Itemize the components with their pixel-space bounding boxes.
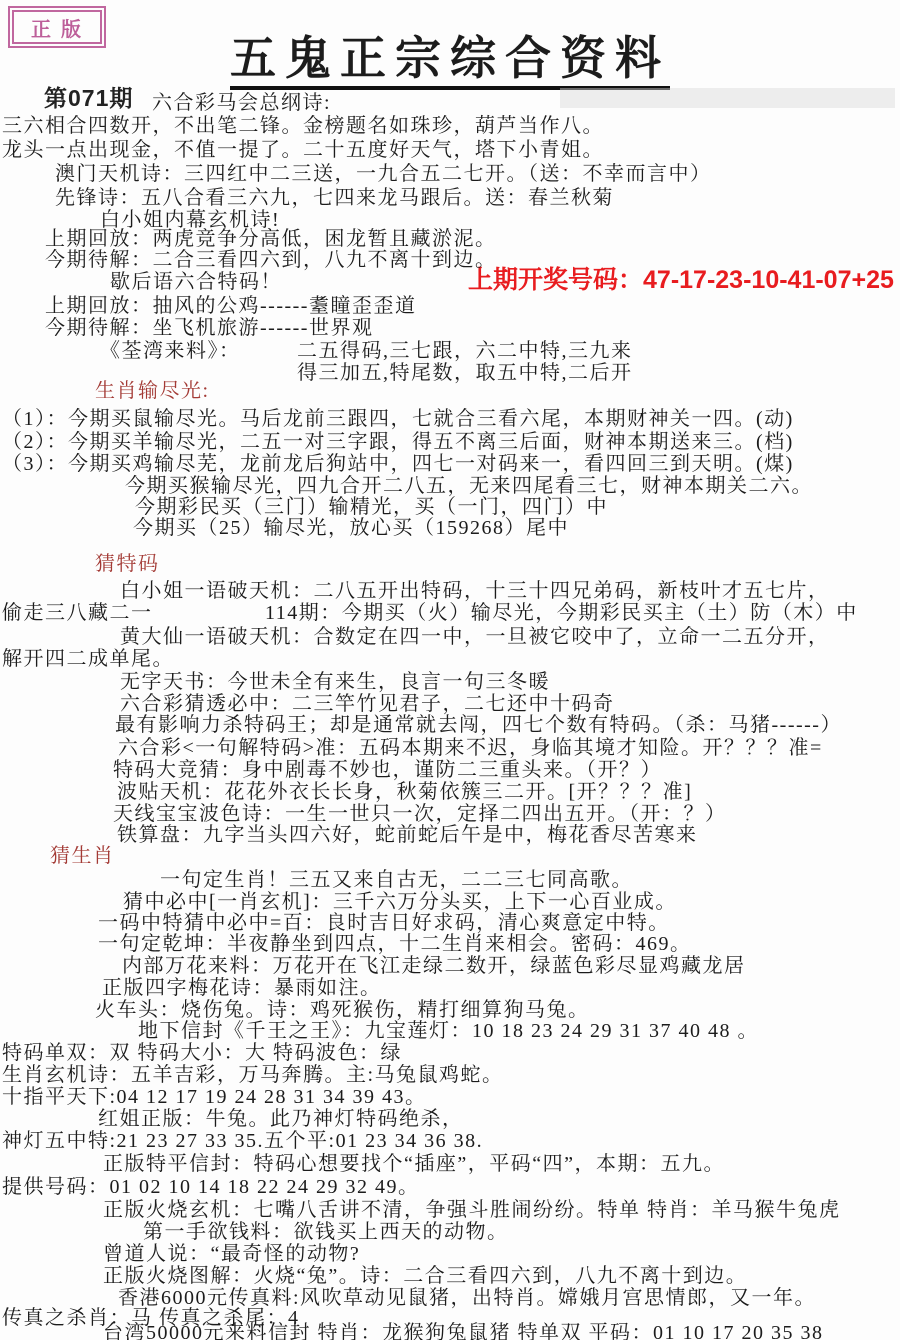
section-header: 猜生肖 — [50, 845, 115, 868]
text-line: 台湾50000元来料信封 特肖：龙猴狗兔鼠猪 特单双 平码：01 10 17 2… — [103, 1322, 824, 1340]
text-line: 曾道人说：“最奇怪的动物? — [103, 1243, 360, 1266]
text-line: 114期：今期买（火）输尽光，今期彩民买主（土）防（木）中 — [265, 602, 858, 625]
page-title: 五鬼正宗综合资料 — [0, 22, 900, 88]
lottery-info-sheet: 正版 五鬼正宗综合资料 第071期 上期开奖号码：47-17-23-10-41-… — [0, 0, 900, 1340]
issue-number: 第071期 — [44, 80, 133, 113]
text-line: 今期待解：二合三看四六到，八九不离十到边。 — [45, 249, 497, 272]
text-line: 正版四字梅花诗：暴雨如注。 — [102, 977, 382, 1000]
text-line: 神灯五中特:21 23 27 33 35.五个平:01 23 34 36 38. — [2, 1130, 483, 1153]
text-line: 《荃湾来料》： — [100, 340, 241, 363]
page-title-text: 五鬼正宗综合资料 — [230, 33, 670, 90]
text-line: 黄大仙一语破天机：合数定在四一中，一旦被它咬中了，立命一二五分开， — [120, 626, 830, 649]
text-line: 地下信封《千王之王》：九宝莲灯：10 18 23 24 29 31 37 40 … — [138, 1020, 759, 1043]
text-line: 六合彩猜透必中：二三竿竹见君子，二七还中十码奇 — [120, 693, 615, 716]
text-line: 歇后语六合特码！ — [110, 271, 282, 294]
text-line: （3）：今期买鸡输尽芜，龙前龙后狗站中，四七一对码来一，看四回三到天明。(煤) — [2, 453, 794, 476]
text-line: 特码单双：双 特码大小：大 特码波色：绿 — [2, 1042, 402, 1065]
text-line: 龙头一点出现金，不值一提了。二十五度好天气，塔下小青姐。 — [2, 139, 604, 162]
text-line: 一码中特猜中必中=百：良时吉日好求码，清心爽意定中特。 — [98, 912, 670, 935]
previous-draw-numbers: 47-17-23-10-41-07+25 — [643, 266, 894, 294]
text-line: 正版火烧图解：火烧“兔”。诗：二合三看四六到，八九不离十到边。 — [103, 1265, 747, 1288]
previous-draw-result: 上期开奖号码：47-17-23-10-41-07+25 — [468, 260, 894, 296]
text-line: 澳门天机诗：三四红中二三送，一九合五二七开。（送：不幸而言中） — [55, 163, 712, 186]
text-line: 二五得码,三七跟，六二中特,三九来 — [297, 340, 633, 363]
text-line: 一句定生肖！三五又来自古无，二二三七同高歌。 — [160, 869, 633, 892]
text-line: 天线宝宝波色诗：一生一世只一次，定择二四出五开。（开：？） — [113, 803, 727, 826]
text-line: （1）：今期买鼠输尽光。马后龙前三跟四，七就合三看六尾，本期财神关一四。(动) — [2, 408, 794, 431]
text-line: 先锋诗：五八合看三六九，七四来龙马跟后。送：春兰秋菊 — [55, 187, 614, 210]
text-line: 白小姐一语破天机：二八五开出特码，十三十四兄弟码，新枝叶才五七片， — [120, 580, 830, 603]
text-line: 第一手欲钱料：欲钱买上西天的动物。 — [143, 1221, 509, 1244]
text-line: 最有影响力杀特码王；却是通常就去闯，四七个数有特码。（杀：马猪------） — [115, 714, 842, 737]
scan-smudge — [560, 88, 895, 108]
text-line: 今期彩民买（三门）输精光，买（一门，四门）中 — [135, 496, 608, 519]
text-line: 今期买（25）输尽光，放心买（159268）尾中 — [133, 517, 569, 540]
text-line: 正版特平信封：特码心想要找个“插座”，平码“四”，本期：五九。 — [103, 1153, 725, 1176]
text-line: （2）：今期买羊输尽光，二五一对三字跟，得五不离三后面，财神本期送来三。(档) — [2, 431, 794, 454]
text-line: 无字天书：今世未全有来生，良言一句三冬暖 — [120, 671, 550, 694]
text-line: 偷走三八藏二一 — [2, 602, 153, 625]
text-line: 上期回放：两虎竞争分高低，困龙暂且藏淤泥。 — [45, 228, 497, 251]
text-line: 上期回放：抽风的公鸡------耋瞳歪歪道 — [45, 295, 416, 318]
text-line: 内部万花来料：万花开在飞江走绿二数开，绿蓝色彩尽显鸡藏龙居 — [122, 955, 746, 978]
text-line: 今期买猴输尽光，四九合开二八五，无来四尾看三七，财神本期关二六。 — [125, 475, 813, 498]
text-line: 今期待解：坐飞机旅游------世界观 — [45, 317, 373, 340]
text-line: 一句定乾坤：半夜静坐到四点，十二生肖来相会。密码：469。 — [98, 933, 692, 956]
text-line: 得三加五,特尾数，取五中特,二后开 — [297, 362, 633, 385]
text-line: 火车头：烧伤兔。诗：鸡死猴伤，精打细算狗马兔。 — [95, 999, 590, 1022]
section-header: 猜特码 — [95, 553, 160, 576]
text-line: 特码大竞猜：身中剧毒不妙也，谨防二三重头来。（开？） — [113, 759, 662, 782]
text-line: 生肖玄机诗：五羊吉彩，万马奔腾。主:马兔鼠鸡蛇。 — [2, 1064, 504, 1087]
text-line: 解开四二成单尾。 — [2, 648, 174, 671]
text-line: 十指平天下:04 12 17 19 24 28 31 34 39 43。 — [2, 1086, 427, 1109]
text-line: 六合彩马会总纲诗: — [152, 92, 331, 115]
text-line: 提供号码：01 02 10 14 18 22 24 29 32 49。 — [2, 1176, 420, 1199]
text-line: 波贴天机：花花外衣长长身，秋菊依簇三二开。[开？？？准] — [117, 781, 692, 804]
text-line: 正版火烧玄机：七嘴八舌讲不清，争强斗胜闹纷纷。特单 特肖：羊马猴牛兔虎 — [103, 1199, 841, 1222]
text-line: 猜中必中[一肖玄机]：三千六万分头买，上下一心百业成。 — [123, 891, 677, 914]
text-line: 红姐正版：牛兔。此乃神灯特码绝杀， — [98, 1108, 464, 1131]
text-line: 六合彩<一句解特码>准：五码本期来不迟，身临其境才知险。开？？？准= — [118, 737, 823, 760]
section-header: 生肖输尽光: — [95, 380, 210, 403]
text-line: 三六相合四数开，不出笔二锋。金榜题名如珠珍，葫芦当作八。 — [2, 115, 604, 138]
text-line: 铁算盘：九字当头四六好，蛇前蛇后午是中，梅花香尽苦寒来 — [117, 824, 698, 847]
